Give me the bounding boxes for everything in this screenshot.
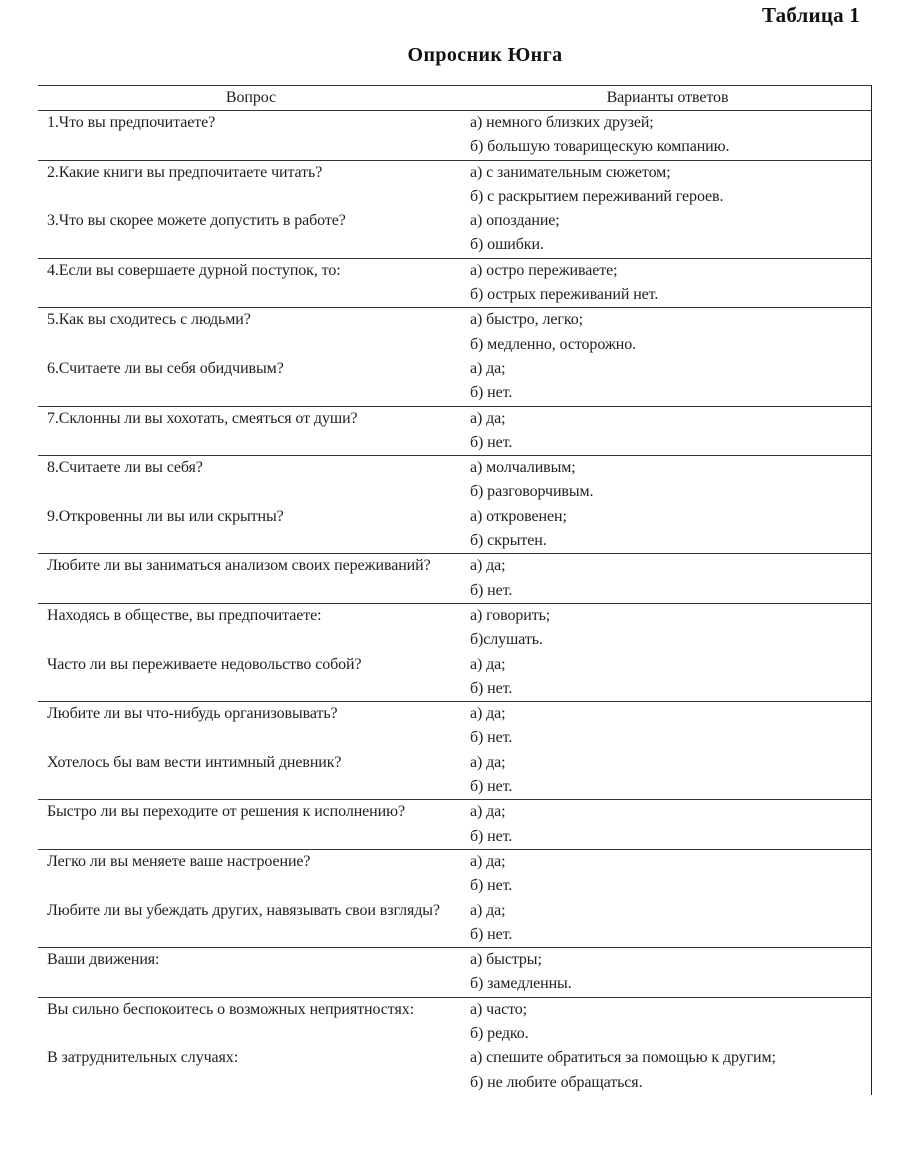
- answer-options: а) да;б) нет.: [470, 653, 865, 702]
- question-cell: 8.Считаете ли вы себя?9.Откровенны ли вы…: [38, 456, 464, 553]
- answer-option: а) да;: [470, 653, 865, 677]
- answer-options: а) да;б) нет.: [470, 554, 865, 603]
- table-row: Находясь в обществе, вы предпочитаете:Ча…: [38, 603, 871, 701]
- answer-option: б) острых переживаний нет.: [470, 283, 865, 307]
- document-title: Опросник Юнга: [0, 44, 910, 67]
- answer-option: а) да;: [470, 357, 865, 381]
- question-text: Любите ли вы заниматься анализом своих п…: [47, 554, 460, 603]
- answer-option: а) да;: [470, 407, 865, 431]
- answer-option: б)слушать.: [470, 628, 865, 652]
- answer-option: б) нет.: [470, 923, 865, 947]
- answers-cell: а) быстры;б) замедленны.: [464, 948, 871, 997]
- question-cell: 2.Какие книги вы предпочитаете читать?3.…: [38, 161, 464, 258]
- answer-options: а) откровенен;б) скрытен.: [470, 505, 865, 554]
- questionnaire-table: Вопрос Варианты ответов 1.Что вы предпоч…: [38, 85, 872, 1095]
- table-body: 1.Что вы предпочитаете?а) немного близки…: [38, 110, 871, 1095]
- question-text: 3.Что вы скорее можете допустить в работ…: [47, 209, 460, 258]
- table-row: 1.Что вы предпочитаете?а) немного близки…: [38, 110, 871, 160]
- question-text: Любите ли вы убеждать других, навязывать…: [47, 899, 460, 948]
- answer-option: а) с занимательным сюжетом;: [470, 161, 865, 185]
- question-text: В затруднительных случаях:: [47, 1046, 460, 1095]
- answer-option: а) да;: [470, 554, 865, 578]
- question-cell: Любите ли вы заниматься анализом своих п…: [38, 554, 464, 603]
- answer-option: б) нет.: [470, 381, 865, 405]
- question-cell: Находясь в обществе, вы предпочитаете:Ча…: [38, 604, 464, 701]
- question-cell: Ваши движения:: [38, 948, 464, 997]
- question-text: Любите ли вы что-нибудь организовывать?: [47, 702, 460, 751]
- answer-option: а) да;: [470, 800, 865, 824]
- answer-options: а) говорить;б)слушать.: [470, 604, 865, 653]
- question-cell: Вы сильно беспокоитесь о возможных непри…: [38, 998, 464, 1095]
- answer-option: а) быстры;: [470, 948, 865, 972]
- question-text: Быстро ли вы переходите от решения к исп…: [47, 800, 460, 849]
- question-cell: 4.Если вы совершаете дурной поступок, то…: [38, 259, 464, 308]
- answer-options: а) спешите обратиться за помощью к други…: [470, 1046, 865, 1095]
- table-row: 2.Какие книги вы предпочитаете читать?3.…: [38, 160, 871, 258]
- answer-option: а) откровенен;: [470, 505, 865, 529]
- table-row: Ваши движения:а) быстры;б) замедленны.: [38, 947, 871, 997]
- question-text: 1.Что вы предпочитаете?: [47, 111, 460, 160]
- question-text: Ваши движения:: [47, 948, 460, 997]
- answer-option: б) нет.: [470, 579, 865, 603]
- answer-options: а) да;б) нет.: [470, 899, 865, 948]
- answers-cell: а) да;б) нет.: [464, 554, 871, 603]
- answers-cell: а) да;б) нет.а) да;б) нет.: [464, 850, 871, 947]
- table-row: 4.Если вы совершаете дурной поступок, то…: [38, 258, 871, 308]
- answer-option: а) немного близких друзей;: [470, 111, 865, 135]
- question-cell: 7.Склонны ли вы хохотать, смеяться от ду…: [38, 407, 464, 456]
- answer-options: а) быстро, легко;б) медленно, осторожно.: [470, 308, 865, 357]
- header-answers: Варианты ответов: [464, 86, 871, 110]
- answers-cell: а) немного близких друзей;б) большую тов…: [464, 111, 871, 160]
- table-label: Таблица 1: [762, 3, 860, 28]
- answers-cell: а) с занимательным сюжетом;б) с раскрыти…: [464, 161, 871, 258]
- answer-options: а) с занимательным сюжетом;б) с раскрыти…: [470, 161, 865, 210]
- answer-option: а) говорить;: [470, 604, 865, 628]
- answer-options: а) быстры;б) замедленны.: [470, 948, 865, 997]
- table-row: Вы сильно беспокоитесь о возможных непри…: [38, 997, 871, 1095]
- answer-option: б) разговорчивым.: [470, 480, 865, 504]
- table-row: Легко ли вы меняете ваше настроение?Люби…: [38, 849, 871, 947]
- question-text: 7.Склонны ли вы хохотать, смеяться от ду…: [47, 407, 460, 456]
- answer-option: а) молчаливым;: [470, 456, 865, 480]
- answer-options: а) часто;б) редко.: [470, 998, 865, 1047]
- table-row: 7.Склонны ли вы хохотать, смеяться от ду…: [38, 406, 871, 456]
- answer-options: а) да;б) нет.: [470, 800, 865, 849]
- answers-cell: а) остро переживаете;б) острых переживан…: [464, 259, 871, 308]
- answers-cell: а) говорить;б)слушать.а) да;б) нет.: [464, 604, 871, 701]
- header-question: Вопрос: [38, 86, 464, 110]
- question-text: 2.Какие книги вы предпочитаете читать?: [47, 161, 460, 210]
- answers-cell: а) да;б) нет.: [464, 800, 871, 849]
- answer-option: а) да;: [470, 751, 865, 775]
- table-header-row: Вопрос Варианты ответов: [38, 85, 871, 110]
- answer-options: а) немного близких друзей;б) большую тов…: [470, 111, 865, 160]
- answer-option: б) медленно, осторожно.: [470, 333, 865, 357]
- answer-option: б) скрытен.: [470, 529, 865, 553]
- answer-options: а) да;б) нет.: [470, 407, 865, 456]
- table-row: Быстро ли вы переходите от решения к исп…: [38, 799, 871, 849]
- answer-options: а) молчаливым;б) разговорчивым.: [470, 456, 865, 505]
- answer-options: а) да;б) нет.: [470, 751, 865, 800]
- answer-options: а) да;б) нет.: [470, 357, 865, 406]
- answer-option: а) да;: [470, 702, 865, 726]
- question-cell: Любите ли вы что-нибудь организовывать?Х…: [38, 702, 464, 799]
- question-cell: Легко ли вы меняете ваше настроение?Люби…: [38, 850, 464, 947]
- table-row: Любите ли вы что-нибудь организовывать?Х…: [38, 701, 871, 799]
- table-row: 5.Как вы сходитесь с людьми?6.Считаете л…: [38, 307, 871, 405]
- question-cell: 5.Как вы сходитесь с людьми?6.Считаете л…: [38, 308, 464, 405]
- answer-options: а) да;б) нет.: [470, 850, 865, 899]
- answer-option: б) ошибки.: [470, 233, 865, 257]
- answers-cell: а) да;б) нет.а) да;б) нет.: [464, 702, 871, 799]
- question-text: 9.Откровенны ли вы или скрытны?: [47, 505, 460, 554]
- answer-option: б) нет.: [470, 677, 865, 701]
- answer-option: а) опоздание;: [470, 209, 865, 233]
- answer-option: б) нет.: [470, 874, 865, 898]
- answer-option: б) редко.: [470, 1022, 865, 1046]
- answer-option: б) нет.: [470, 825, 865, 849]
- answer-option: б) большую товарищескую компанию.: [470, 135, 865, 159]
- answer-option: б) нет.: [470, 726, 865, 750]
- answer-option: а) да;: [470, 850, 865, 874]
- answer-option: а) часто;: [470, 998, 865, 1022]
- answer-options: а) опоздание;б) ошибки.: [470, 209, 865, 258]
- answer-option: а) быстро, легко;: [470, 308, 865, 332]
- answer-option: б) с раскрытием переживаний героев.: [470, 185, 865, 209]
- answer-option: б) нет.: [470, 431, 865, 455]
- question-text: 5.Как вы сходитесь с людьми?: [47, 308, 460, 357]
- answers-cell: а) молчаливым;б) разговорчивым.а) откров…: [464, 456, 871, 553]
- question-cell: 1.Что вы предпочитаете?: [38, 111, 464, 160]
- answers-cell: а) да;б) нет.: [464, 407, 871, 456]
- answer-option: а) спешите обратиться за помощью к други…: [470, 1046, 865, 1070]
- question-text: 6.Считаете ли вы себя обидчивым?: [47, 357, 460, 406]
- answers-cell: а) часто;б) редко.а) спешите обратиться …: [464, 998, 871, 1095]
- answer-option: б) нет.: [470, 775, 865, 799]
- table-row: Любите ли вы заниматься анализом своих п…: [38, 553, 871, 603]
- answer-options: а) остро переживаете;б) острых переживан…: [470, 259, 865, 308]
- table-row: 8.Считаете ли вы себя?9.Откровенны ли вы…: [38, 455, 871, 553]
- question-cell: Быстро ли вы переходите от решения к исп…: [38, 800, 464, 849]
- answer-options: а) да;б) нет.: [470, 702, 865, 751]
- question-text: Находясь в обществе, вы предпочитаете:: [47, 604, 460, 653]
- question-text: Часто ли вы переживаете недовольство соб…: [47, 653, 460, 702]
- answer-option: а) да;: [470, 899, 865, 923]
- question-text: Вы сильно беспокоитесь о возможных непри…: [47, 998, 460, 1047]
- question-text: 8.Считаете ли вы себя?: [47, 456, 460, 505]
- question-text: Хотелось бы вам вести интимный дневник?: [47, 751, 460, 800]
- answer-option: б) замедленны.: [470, 972, 865, 996]
- answer-option: а) остро переживаете;: [470, 259, 865, 283]
- answers-cell: а) быстро, легко;б) медленно, осторожно.…: [464, 308, 871, 405]
- answer-option: б) не любите обращаться.: [470, 1071, 865, 1095]
- question-text: Легко ли вы меняете ваше настроение?: [47, 850, 460, 899]
- question-text: 4.Если вы совершаете дурной поступок, то…: [47, 259, 460, 308]
